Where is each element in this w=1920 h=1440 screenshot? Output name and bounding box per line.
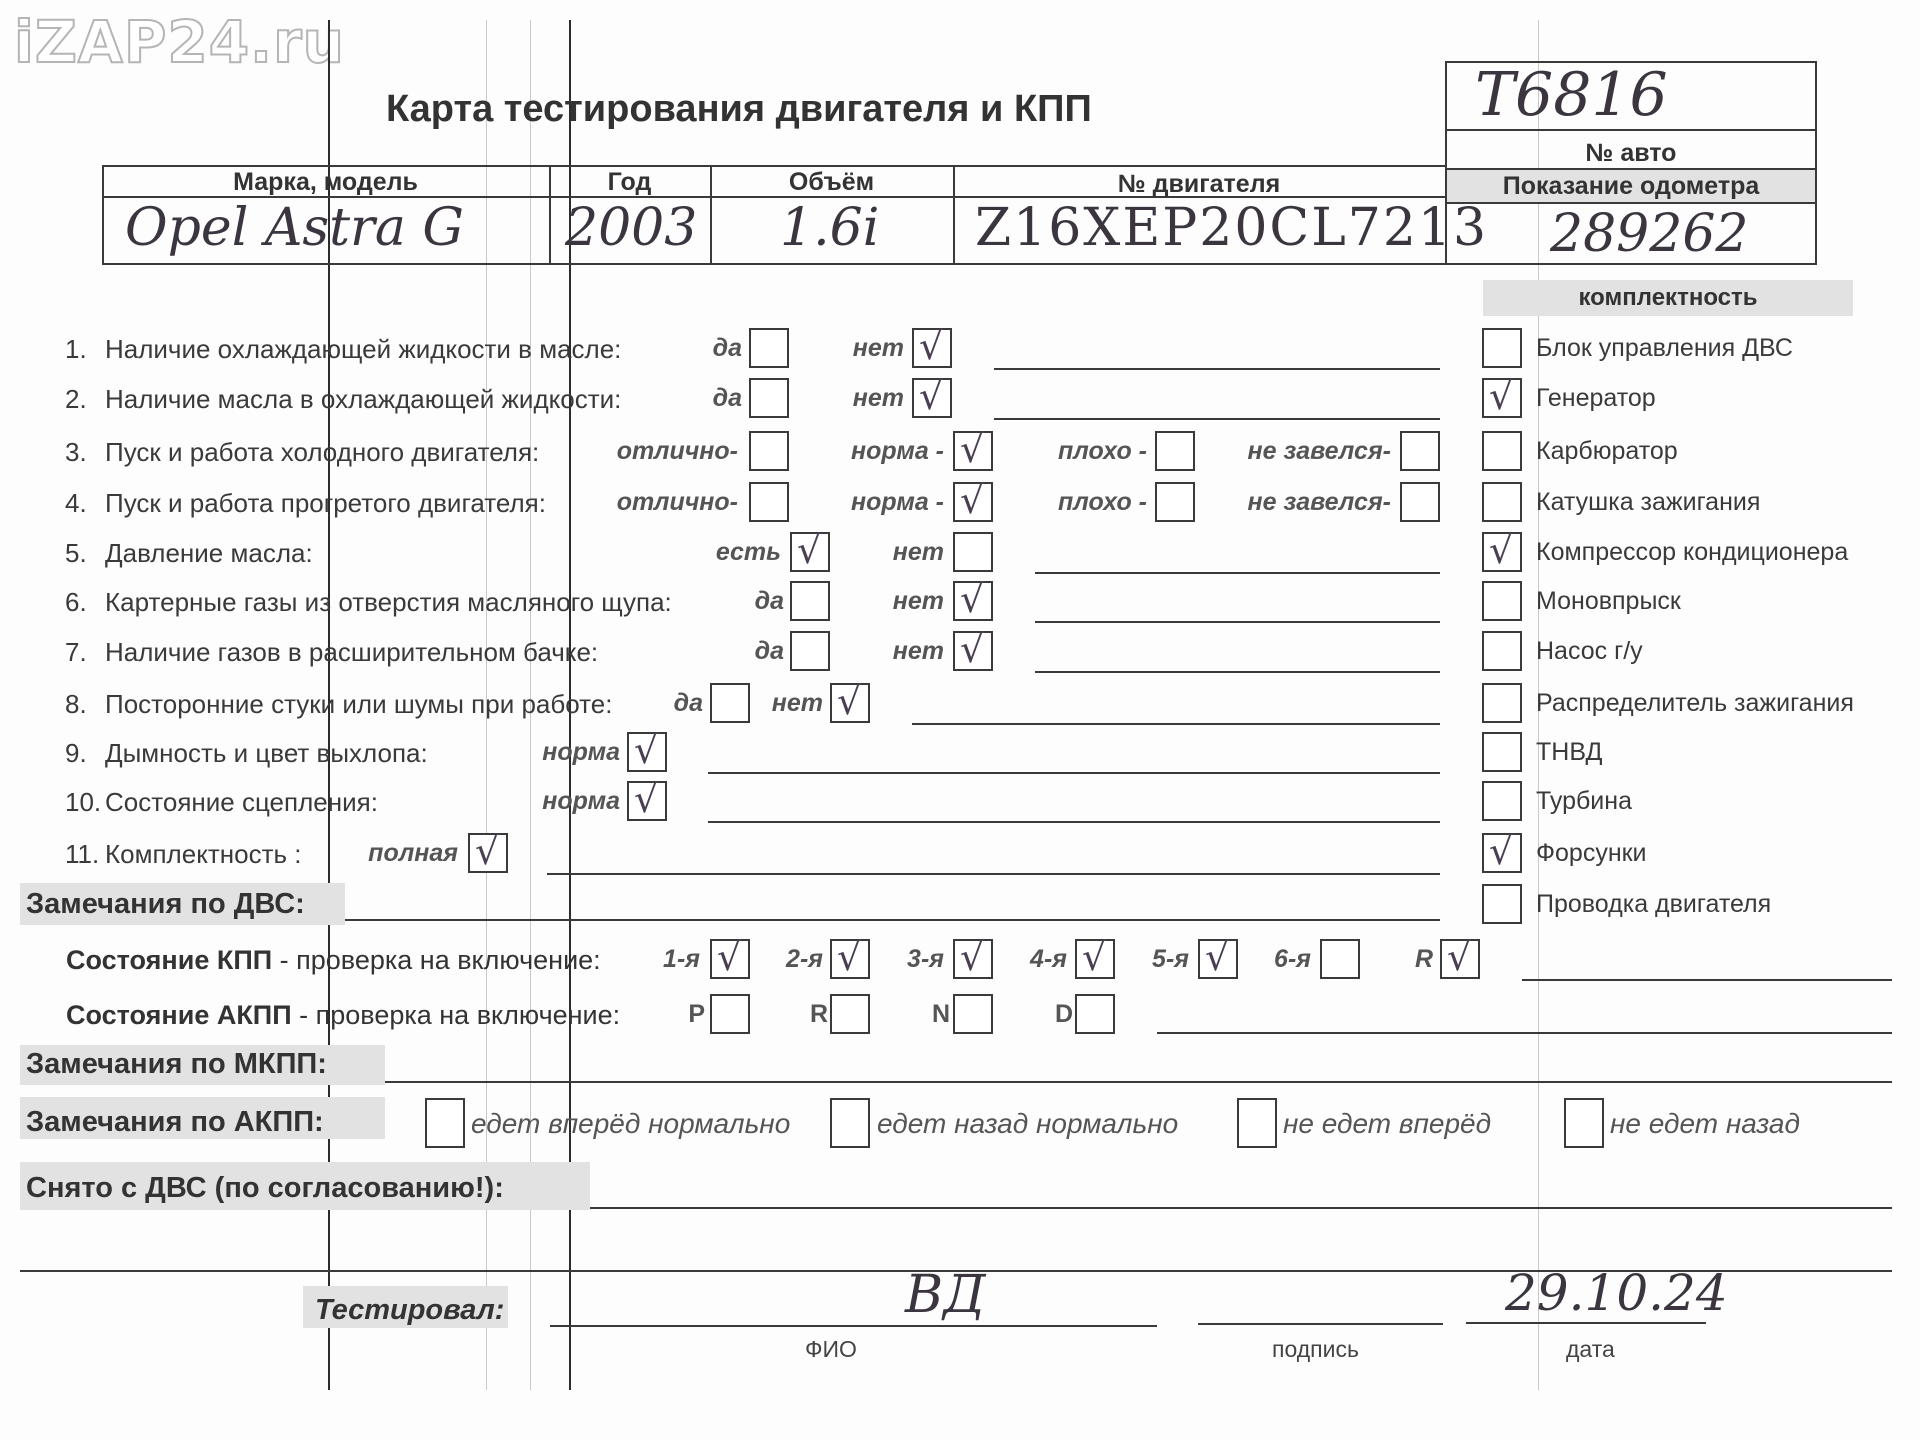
gear-label: 2-я — [786, 945, 823, 974]
completeness-label: ТНВД — [1536, 738, 1602, 767]
name-caption: ФИО — [805, 1336, 857, 1363]
date-line[interactable] — [1466, 1322, 1706, 1324]
completeness-label: Проводка двигателя — [1536, 890, 1771, 919]
question-number: 4. — [65, 488, 87, 519]
question-text: Наличие масла в охлаждающей жидкости: — [105, 384, 621, 415]
option-checkbox[interactable]: √ — [953, 581, 993, 621]
option-label: плохо - — [1058, 437, 1147, 466]
option-checkbox[interactable] — [749, 482, 789, 522]
date-caption: дата — [1566, 1336, 1615, 1363]
auto-position-label: D — [1055, 1000, 1073, 1029]
checkmark-icon: √ — [960, 935, 984, 979]
option-label: да — [674, 689, 703, 718]
option-checkbox[interactable] — [1400, 482, 1440, 522]
watermark-logo: iZAP24.ru — [14, 8, 345, 76]
car-number-label: № авто — [1445, 139, 1817, 168]
question-text: Пуск и работа прогретого двигателя: — [105, 488, 546, 519]
gear-label: 3-я — [907, 945, 944, 974]
gear-checkbox[interactable]: √ — [1198, 939, 1238, 979]
notes-line[interactable] — [994, 418, 1440, 420]
gear-label: R — [1415, 945, 1433, 974]
year-value[interactable]: 2003 — [565, 198, 697, 258]
odometer-label: Показание одометра — [1445, 172, 1817, 201]
notes-line[interactable] — [994, 368, 1440, 370]
option-checkbox[interactable]: √ — [953, 482, 993, 522]
completeness-checkbox[interactable] — [1482, 482, 1522, 522]
option-label: нет — [893, 637, 944, 666]
checkmark-icon: √ — [1205, 935, 1229, 979]
option-label: не завелся- — [1248, 488, 1391, 517]
option-checkbox[interactable] — [1400, 431, 1440, 471]
option-label: нет — [853, 334, 904, 363]
completeness-checkbox[interactable] — [1482, 732, 1522, 772]
option-checkbox[interactable]: √ — [953, 631, 993, 671]
option-checkbox[interactable] — [749, 328, 789, 368]
tester-name-value[interactable]: ВД — [905, 1265, 986, 1325]
gear-label: 5-я — [1152, 945, 1189, 974]
question-text: Комплектность : — [105, 839, 302, 870]
option-checkbox[interactable]: √ — [830, 683, 870, 723]
auto-gearbox-line[interactable] — [1157, 1032, 1892, 1034]
option-label: плохо - — [1058, 488, 1147, 517]
auto-gearbox-label: Состояние АКПП - проверка на включение: — [66, 1000, 620, 1031]
option-checkbox[interactable] — [790, 631, 830, 671]
gear-checkbox[interactable]: √ — [830, 939, 870, 979]
question-text: Давление масла: — [105, 538, 313, 569]
remarks-manual-line[interactable] — [385, 1081, 1892, 1083]
option-label: норма - — [851, 437, 944, 466]
checkmark-icon: √ — [960, 627, 984, 671]
completeness-checkbox[interactable] — [1482, 581, 1522, 621]
option-label: норма — [542, 738, 620, 767]
remarks-manual-label: Замечания по МКПП: — [26, 1048, 327, 1081]
auto-remark-label: едет вперёд нормально — [471, 1108, 790, 1140]
option-checkbox[interactable]: √ — [912, 378, 952, 418]
auto-position-checkbox[interactable] — [710, 994, 750, 1034]
manual-gearbox-label-rest: - проверка на включение: — [272, 945, 601, 975]
completeness-label: Турбина — [1536, 787, 1632, 816]
auto-position-label: N — [932, 1000, 950, 1029]
question-text: Посторонние стуки или шумы при работе: — [105, 689, 612, 720]
header-make-model: Марка, модель — [102, 168, 549, 197]
completeness-checkbox[interactable] — [1482, 328, 1522, 368]
remarks-ice-line[interactable] — [345, 919, 1440, 921]
question-number: 8. — [65, 689, 87, 720]
checkmark-icon: √ — [1082, 935, 1106, 979]
option-label: да — [755, 587, 784, 616]
completeness-checkbox[interactable]: √ — [1482, 378, 1522, 418]
checkmark-icon: √ — [960, 427, 984, 471]
checkmark-icon: √ — [1489, 528, 1513, 572]
remarks-ice-label: Замечания по ДВС: — [26, 888, 305, 921]
checkmark-icon: √ — [717, 935, 741, 979]
completeness-label: Карбюратор — [1536, 437, 1678, 466]
completeness-label: Моновпрыск — [1536, 587, 1681, 616]
checkmark-icon: √ — [1447, 935, 1471, 979]
header-volume: Объём — [710, 168, 953, 197]
odometer-value[interactable]: 289262 — [1550, 204, 1749, 264]
gear-label: 4-я — [1030, 945, 1067, 974]
checkmark-icon: √ — [837, 679, 861, 723]
auto-gearbox-label-bold: Состояние АКПП — [66, 1000, 292, 1030]
notes-line[interactable] — [547, 873, 1440, 875]
notes-line[interactable] — [1035, 671, 1440, 673]
option-label: нет — [853, 384, 904, 413]
auto-remark-label: не едет назад — [1610, 1108, 1800, 1140]
auto-position-checkbox[interactable] — [1075, 994, 1115, 1034]
question-number: 7. — [65, 637, 87, 668]
question-number: 11. — [65, 839, 99, 870]
auto-position-label: R — [810, 1000, 828, 1029]
question-text: Наличие охлаждающей жидкости в масле: — [105, 334, 621, 365]
completeness-label: Катушка зажигания — [1536, 488, 1760, 517]
option-checkbox[interactable]: √ — [468, 833, 508, 873]
tested-label: Тестировал: — [315, 1294, 504, 1327]
option-checkbox[interactable] — [749, 431, 789, 471]
option-label: нет — [893, 538, 944, 567]
checkmark-icon: √ — [475, 829, 499, 873]
name-line[interactable] — [550, 1325, 1157, 1327]
notes-line[interactable] — [912, 723, 1440, 725]
volume-value[interactable]: 1.6i — [780, 198, 879, 258]
page-title: Карта тестирования двигателя и КПП — [386, 88, 1092, 131]
checkmark-icon: √ — [634, 728, 658, 772]
option-label: нет — [893, 587, 944, 616]
question-number: 9. — [65, 738, 87, 769]
auto-remark-label: не едет вперёд — [1283, 1108, 1491, 1140]
checkmark-icon: √ — [919, 374, 943, 418]
option-checkbox[interactable] — [953, 532, 993, 572]
option-label: да — [713, 384, 742, 413]
completeness-checkbox[interactable] — [1482, 631, 1522, 671]
manual-gearbox-label: Состояние КПП - проверка на включение: — [66, 945, 601, 976]
car-number-value[interactable]: T6816 — [1475, 60, 1668, 130]
option-checkbox[interactable] — [749, 378, 789, 418]
remarks-auto-label: Замечания по АКПП: — [26, 1106, 324, 1139]
checkmark-icon: √ — [1489, 374, 1513, 418]
option-label: норма - — [851, 488, 944, 517]
gear-checkbox[interactable]: √ — [1440, 939, 1480, 979]
completeness-label: Насос г/у — [1536, 637, 1643, 666]
auto-remark-checkbox[interactable] — [1237, 1098, 1277, 1148]
completeness-title: комплектность — [1483, 284, 1853, 312]
completeness-checkbox[interactable]: √ — [1482, 532, 1522, 572]
completeness-label: Компрессор кондиционера — [1536, 538, 1848, 567]
gear-label: 6-я — [1274, 945, 1311, 974]
engine-number-value[interactable]: Z16XEP20CL7213 — [975, 198, 1488, 258]
header-engine-number: № двигателя — [953, 170, 1445, 199]
checkmark-icon: √ — [797, 528, 821, 572]
auto-position-checkbox[interactable] — [830, 994, 870, 1034]
completeness-checkbox[interactable] — [1482, 683, 1522, 723]
completeness-checkbox[interactable] — [1482, 431, 1522, 471]
auto-position-checkbox[interactable] — [953, 994, 993, 1034]
auto-gearbox-label-rest: - проверка на включение: — [292, 1000, 621, 1030]
option-label: есть — [716, 538, 781, 567]
gear-label: 1-я — [663, 945, 700, 974]
option-label: не завелся- — [1248, 437, 1391, 466]
completeness-checkbox[interactable] — [1482, 781, 1522, 821]
option-label: полная — [368, 839, 458, 868]
checkmark-icon: √ — [960, 478, 984, 522]
notes-line[interactable] — [1035, 621, 1440, 623]
question-number: 5. — [65, 538, 87, 569]
option-checkbox[interactable] — [790, 581, 830, 621]
gear-checkbox[interactable]: √ — [1075, 939, 1115, 979]
auto-remark-label: едет назад нормально — [877, 1108, 1178, 1140]
question-number: 1. — [65, 334, 87, 365]
question-text: Пуск и работа холодного двигателя: — [105, 437, 539, 468]
option-label: да — [713, 334, 742, 363]
option-checkbox[interactable] — [710, 683, 750, 723]
option-checkbox[interactable]: √ — [790, 532, 830, 572]
completeness-checkbox[interactable] — [1482, 884, 1522, 924]
gear-checkbox[interactable]: √ — [710, 939, 750, 979]
auto-remark-checkbox[interactable] — [425, 1098, 465, 1148]
gear-checkbox[interactable]: √ — [953, 939, 993, 979]
header-year: Год — [549, 168, 710, 197]
completeness-label: Блок управления ДВС — [1536, 334, 1793, 363]
option-checkbox[interactable] — [1155, 431, 1195, 471]
question-text: Состояние сцепления: — [105, 787, 378, 818]
completeness-label: Форсунки — [1536, 839, 1647, 868]
make-model-value[interactable]: Opel Astra G — [125, 198, 464, 258]
completeness-label: Генератор — [1536, 384, 1656, 413]
option-checkbox[interactable]: √ — [953, 431, 993, 471]
option-label: норма — [542, 787, 620, 816]
completeness-checkbox[interactable]: √ — [1482, 833, 1522, 873]
checkmark-icon: √ — [634, 777, 658, 821]
manual-gearbox-line[interactable] — [1522, 979, 1892, 981]
auto-position-label: P — [688, 1000, 705, 1029]
gear-checkbox[interactable] — [1320, 939, 1360, 979]
checkmark-icon: √ — [960, 577, 984, 621]
question-text: Картерные газы из отверстия масляного щу… — [105, 587, 672, 618]
manual-gearbox-label-bold: Состояние КПП — [66, 945, 272, 975]
option-checkbox[interactable] — [1155, 482, 1195, 522]
signature-caption: подпись — [1272, 1336, 1359, 1363]
option-checkbox[interactable]: √ — [627, 781, 667, 821]
option-label: нет — [772, 689, 823, 718]
removed-line-1[interactable] — [590, 1207, 1892, 1209]
removed-label: Снято с ДВС (по согласованию!): — [26, 1172, 504, 1205]
notes-line[interactable] — [1035, 572, 1440, 574]
question-number: 3. — [65, 437, 87, 468]
option-label: да — [755, 637, 784, 666]
auto-remark-checkbox[interactable] — [830, 1098, 870, 1148]
option-checkbox[interactable]: √ — [912, 328, 952, 368]
option-checkbox[interactable]: √ — [627, 732, 667, 772]
question-text: Наличие газов в расширительном бачке: — [105, 637, 598, 668]
date-value[interactable]: 29.10.24 — [1505, 1264, 1728, 1322]
question-number: 10. — [65, 787, 101, 818]
question-text: Дымность и цвет выхлопа: — [105, 738, 428, 769]
completeness-label: Распределитель зажигания — [1536, 689, 1854, 718]
checkmark-icon: √ — [837, 935, 861, 979]
notes-line[interactable] — [708, 821, 1440, 823]
option-label: отлично- — [617, 437, 738, 466]
checkmark-icon: √ — [1489, 829, 1513, 873]
auto-remark-checkbox[interactable] — [1564, 1098, 1604, 1148]
question-number: 6. — [65, 587, 87, 618]
option-label: отлично- — [617, 488, 738, 517]
question-number: 2. — [65, 384, 87, 415]
signature-line[interactable] — [1198, 1323, 1443, 1325]
checkmark-icon: √ — [919, 324, 943, 368]
notes-line[interactable] — [708, 772, 1440, 774]
